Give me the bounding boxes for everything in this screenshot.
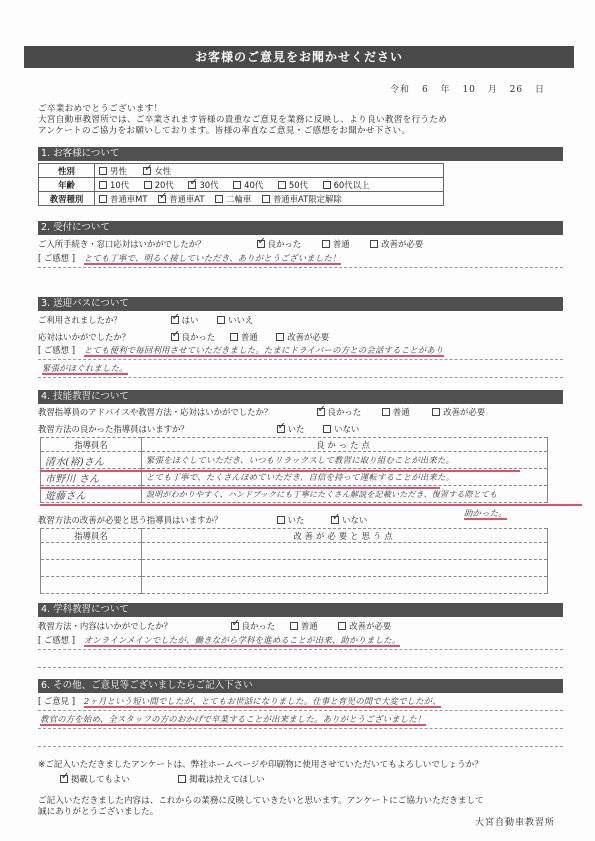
bad-instructor-question: 教習方法の改善が必要と思う指導員はいますか？ — [38, 514, 274, 526]
option-normal[interactable]: 普通 — [322, 238, 350, 250]
column-header-good-points: 良かった点 — [142, 438, 548, 452]
bus-comment-text: とても便利で毎回利用させていただきました。たまにドライバーの方との会話することが… — [84, 345, 444, 357]
instructor-name: 遊藤さん — [45, 491, 86, 502]
closing-text: ご記入いただきました内容は、これからの業務に反映していきたいと思います。アンケー… — [38, 796, 484, 818]
comment-label: [ ご感想 ] — [38, 635, 75, 645]
intro-line: 大宮自動車教習所では、ご卒業されます皆様の貴重なご意見を業務に反映し、より良い教… — [38, 115, 447, 126]
day-value[interactable]: 26 — [510, 85, 523, 95]
option-label: 改善が必要 — [381, 239, 423, 249]
instructor-advice-question: 教習指導員のアドバイスや教習方法・応対はいかがでしたか？ — [38, 406, 314, 418]
checkbox-icon[interactable] — [144, 181, 152, 189]
option-label: 40代 — [244, 180, 263, 190]
option-20s[interactable]: 20代 — [144, 179, 174, 191]
checkbox-checked-icon[interactable] — [158, 195, 166, 203]
bus-usage-row: ご利用されましたか？ はい いいえ — [38, 314, 267, 326]
age-options: 10代 20代 30代 40代 50代 60代以上 — [95, 178, 444, 192]
checkbox-checked-icon[interactable] — [317, 408, 325, 416]
option-label: 普通 — [301, 621, 318, 631]
classroom-question-row: 教習方法・内容はいかがでしたか？ 良かった 普通 改善が必要 — [38, 620, 405, 632]
comment-label: [ ご感想 ] — [38, 345, 75, 355]
option-label: 50代 — [289, 180, 308, 190]
option-label: 20代 — [155, 180, 174, 190]
option-label: いない — [334, 424, 359, 434]
comment-label: [ ご意見 ] — [38, 696, 75, 706]
checkbox-checked-icon[interactable] — [171, 333, 179, 341]
option-good[interactable]: 良かった — [231, 620, 276, 632]
option-needs-improvement[interactable]: 改善が必要 — [432, 406, 485, 418]
checkbox-icon[interactable] — [290, 622, 298, 630]
intro-text: ご卒業おめでとうございます！ 大宮自動車教習所では、ご卒業されます皆様の貴重なご… — [38, 104, 447, 137]
year-label: 年 — [441, 85, 451, 95]
option-label: 普通 — [241, 332, 258, 342]
course-type-label: 教習種別 — [39, 192, 95, 206]
intro-line: アンケートのご協力をお願いしております。皆様の率直なご意見・ご感想をお聞かせ下さ… — [38, 126, 447, 137]
checkbox-icon[interactable] — [278, 181, 286, 189]
option-standard-at[interactable]: 普通車AT — [158, 193, 204, 205]
checkbox-checked-icon[interactable] — [257, 240, 265, 248]
bus-comment-text: 緊張がほぐれました。 — [42, 363, 128, 375]
closing-line: 誠にありがとうございました。 — [38, 807, 484, 818]
section-header-practical-training: 4. 技能教習について — [38, 390, 563, 404]
option-good[interactable]: 良かった — [257, 238, 302, 250]
closing-line: ご記入いただきました内容は、これからの業務に反映していきたいと思います。アンケー… — [38, 796, 484, 807]
handwritten-underline — [40, 487, 440, 489]
option-label: いた — [288, 424, 305, 434]
column-header-instructor: 指導員名 — [41, 438, 142, 452]
checkbox-checked-icon[interactable] — [231, 622, 239, 630]
table-header-row: 指導員名 良かった点 — [41, 438, 548, 452]
table-row — [41, 577, 548, 594]
reception-comment-field[interactable]: [ ご感想 ] とても丁寧で、明るく接していただき、ありがとうございました！ — [38, 252, 563, 268]
section-header-customer: 1. お客様について — [38, 147, 563, 161]
bus-usage-question: ご利用されましたか？ — [38, 314, 168, 326]
month-label: 月 — [488, 85, 498, 95]
option-label: 良かった — [242, 621, 276, 631]
option-label: 普通車MT — [110, 194, 147, 204]
bus-comment-field[interactable]: [ ご感想 ] とても便利で毎回利用させていただきました。たまにドライバーの方と… — [38, 344, 563, 360]
checkbox-icon[interactable] — [382, 408, 390, 416]
option-label: 普通車AT限定解除 — [273, 194, 342, 204]
option-yes[interactable]: いた — [277, 423, 305, 435]
other-comment-field-line3[interactable] — [38, 731, 563, 747]
option-needs-improvement[interactable]: 改善が必要 — [338, 620, 391, 632]
option-standard-mt[interactable]: 普通車MT — [99, 193, 147, 205]
option-label: はい — [182, 315, 199, 325]
option-no[interactable]: いない — [323, 423, 359, 435]
column-header-instructor: 指導員名 — [41, 529, 142, 543]
good-instructor-row: 教習方法の良かった指導員はいますか？ いた いない — [38, 423, 373, 435]
good-point-text: とても丁寧で、たくさんほめていただき、自信を持って運転することが出来た。 — [146, 472, 454, 482]
option-normal[interactable]: 普通 — [382, 406, 410, 418]
improvement-point-cell[interactable] — [142, 560, 548, 577]
instructor-advice-row: 教習指導員のアドバイスや教習方法・応対はいかがでしたか？ 良かった 普通 改善が… — [38, 406, 499, 418]
survey-date: 令和 6 年 10 月 26 日 — [390, 82, 545, 95]
checkbox-icon[interactable] — [322, 240, 330, 248]
improvement-instructor-table: 指導員名 改善が必要と思う点 — [40, 528, 548, 594]
course-type-row: 教習種別 普通車MT 普通車AT 二輪車 普通車AT限定解除 — [39, 192, 444, 206]
checkbox-icon[interactable] — [215, 195, 223, 203]
bus-service-question: 応対はいかがでしたか？ — [38, 331, 168, 343]
option-label: 良かった — [328, 407, 362, 417]
column-header-improvement-points: 改善が必要と思う点 — [142, 529, 548, 543]
option-normal[interactable]: 普通 — [290, 620, 318, 632]
option-needs-improvement[interactable]: 改善が必要 — [370, 238, 423, 250]
checkbox-checked-icon[interactable] — [277, 425, 285, 433]
gender-label: 性別 — [39, 164, 95, 178]
option-label: 女性 — [154, 166, 171, 176]
option-female[interactable]: 女性 — [143, 165, 171, 177]
classroom-question: 教習方法・内容はいかがでしたか？ — [38, 620, 228, 632]
option-30s[interactable]: 30代 — [188, 179, 218, 191]
other-comment-text: 教官の方を始め、全スタッフの方のおかげで卒業することが出来ました。ありがとうござ… — [40, 714, 426, 726]
gender-options: 男性 女性 — [95, 164, 444, 178]
classroom-comment-text: オンラインメインでしたが、働きながら学科を進めることが出来、助かりました。 — [84, 635, 401, 647]
handwritten-underline — [40, 470, 520, 472]
option-50s[interactable]: 50代 — [278, 179, 308, 191]
good-point-text: 緊張をほぐしていただき、いつもリラックスして教習に取り組むことが出来た。 — [146, 455, 454, 465]
option-label: 二輪車 — [226, 194, 251, 204]
option-good[interactable]: 良かった — [317, 406, 362, 418]
other-comment-field[interactable]: [ ご意見 ] 2ヶ月という短い間でしたが、とてもお世話になりました。仕事と育児… — [38, 695, 563, 711]
option-label: 良かった — [268, 239, 302, 249]
era-label: 令和 — [390, 85, 410, 95]
classroom-comment-field-line2[interactable] — [38, 652, 563, 668]
checkbox-icon[interactable] — [233, 181, 241, 189]
reception-question: ご入所手続き・窓口応対はいかがでしたか？ — [38, 238, 254, 250]
school-signature: 大宮自動車教習所 — [475, 815, 555, 828]
option-label: 男性 — [110, 166, 127, 176]
checkbox-icon[interactable] — [323, 425, 331, 433]
consent-question: ※ご記入いただきましたアンケートは、弊社ホームページや印刷物に使用させていただい… — [38, 760, 483, 771]
option-10s[interactable]: 10代 — [99, 179, 129, 191]
section-header-shuttle-bus: 3. 送迎バスについて — [38, 297, 563, 311]
survey-title: お客様のご意見をお聞かせください — [24, 46, 574, 68]
table-row — [41, 543, 548, 560]
option-label: 30代 — [199, 180, 218, 190]
other-comment-text: 2ヶ月という短い間でしたが、とてもお世話になりました。仕事と育児の間で大変でした… — [84, 696, 441, 708]
comment-label: [ ご感想 ] — [38, 253, 75, 263]
classroom-comment-field[interactable]: [ ご感想 ] オンラインメインでしたが、働きながら学科を進めることが出来、助か… — [38, 634, 563, 650]
option-label: 掲載は控えてほしい — [189, 774, 264, 784]
section-header-reception: 2. 受付について — [38, 221, 563, 235]
year-value[interactable]: 6 — [422, 85, 429, 95]
checkbox-checked-icon[interactable] — [331, 516, 339, 524]
checkbox-checked-icon[interactable] — [188, 181, 196, 189]
option-label: いいえ — [228, 315, 253, 325]
customer-info-table: 性別 男性 女性 年齢 10代 20代 30代 40代 50代 60代以上 教習… — [38, 163, 444, 206]
checkbox-icon[interactable] — [99, 181, 107, 189]
option-good[interactable]: 良かった — [171, 331, 216, 343]
reception-question-row: ご入所手続き・窓口応対はいかがでしたか？ 良かった 普通 改善が必要 — [38, 238, 437, 250]
option-at-limit-release[interactable]: 普通車AT限定解除 — [262, 193, 342, 205]
option-decline-publish[interactable]: 掲載は控えてほしい — [178, 773, 264, 785]
table-row: 清水(裕)さん 緊張をほぐしていただき、いつもリラックスして教習に取り組むことが… — [41, 452, 548, 469]
checkbox-icon[interactable] — [217, 316, 225, 324]
option-label: 改善が必要 — [349, 621, 391, 631]
checkbox-icon[interactable] — [276, 333, 284, 341]
option-label: 普通 — [333, 239, 350, 249]
overflow-text: 助かった。 — [464, 508, 507, 520]
improvement-point-cell[interactable] — [142, 577, 548, 594]
option-label: 掲載してもよい — [71, 774, 130, 784]
checkbox-checked-icon[interactable] — [143, 167, 151, 175]
checkbox-icon[interactable] — [370, 240, 378, 248]
option-label: 改善が必要 — [287, 332, 329, 342]
instructor-name-cell[interactable]: 清水(裕)さん — [41, 452, 142, 469]
good-point-overflow: 助かった。 — [464, 507, 507, 519]
good-instructor-question: 教習方法の良かった指導員はいますか？ — [38, 423, 274, 435]
checkbox-icon[interactable] — [262, 195, 270, 203]
option-label: 普通車AT — [169, 194, 204, 204]
checkbox-icon[interactable] — [99, 195, 107, 203]
good-point-cell[interactable]: 緊張をほぐしていただき、いつもリラックスして教習に取り組むことが出来た。 — [142, 452, 548, 469]
course-type-options: 普通車MT 普通車AT 二輪車 普通車AT限定解除 — [95, 192, 444, 206]
instructor-name: 市野川 さん — [45, 474, 99, 485]
option-label: 60代以上 — [334, 180, 370, 190]
option-allow-publish[interactable]: 掲載してもよい — [60, 773, 130, 785]
gender-row: 性別 男性 女性 — [39, 164, 444, 178]
option-yes[interactable]: いた — [277, 514, 305, 526]
option-label: いた — [288, 515, 305, 525]
good-point-text: 説明がわかりやすく、ハンドブックにも丁寧にたくさん解説を記載いただき、復習する際… — [146, 490, 497, 499]
option-motorcycle[interactable]: 二輪車 — [215, 193, 251, 205]
option-male[interactable]: 男性 — [99, 165, 127, 177]
option-no[interactable]: いない — [331, 514, 367, 526]
age-label: 年齢 — [39, 178, 95, 192]
month-value[interactable]: 10 — [462, 85, 475, 95]
reception-comment-text: とても丁寧で、明るく接していただき、ありがとうございました！ — [84, 253, 341, 265]
checkbox-icon[interactable] — [338, 622, 346, 630]
bad-instructor-row: 教習方法の改善が必要と思う指導員はいますか？ いた いない — [38, 514, 381, 526]
day-label: 日 — [535, 85, 545, 95]
section-header-classroom-training: 4. 学科教習について — [38, 603, 563, 617]
improvement-point-cell[interactable] — [142, 543, 548, 560]
checkbox-checked-icon[interactable] — [171, 316, 179, 324]
instructor-name-cell[interactable] — [41, 560, 142, 577]
bus-comment-field-line2[interactable]: 緊張がほぐれました。 — [38, 362, 563, 378]
table-header-row: 指導員名 改善が必要と思う点 — [41, 529, 548, 543]
option-label: 良かった — [182, 332, 216, 342]
section-header-other-comments: 6. その他、ご意見等ございましたらご記入下さい — [38, 679, 563, 693]
intro-line: ご卒業おめでとうございます！ — [38, 104, 447, 115]
option-label: 普通 — [393, 407, 410, 417]
bus-service-row: 応対はいかがでしたか？ 良かった 普通 改善が必要 — [38, 331, 343, 343]
checkbox-icon[interactable] — [230, 333, 238, 341]
instructor-name-cell[interactable] — [41, 577, 142, 594]
checkbox-icon[interactable] — [323, 181, 331, 189]
instructor-name-cell[interactable] — [41, 543, 142, 560]
checkbox-checked-icon[interactable] — [60, 775, 68, 783]
option-no[interactable]: いいえ — [217, 314, 253, 326]
option-40s[interactable]: 40代 — [233, 179, 263, 191]
age-row: 年齢 10代 20代 30代 40代 50代 60代以上 — [39, 178, 444, 192]
option-label: 改善が必要 — [443, 407, 485, 417]
option-normal[interactable]: 普通 — [230, 331, 258, 343]
option-60s-plus[interactable]: 60代以上 — [323, 179, 370, 191]
consent-options-row: 掲載してもよい 掲載は控えてほしい — [60, 773, 279, 785]
handwritten-underline — [40, 504, 582, 506]
checkbox-icon[interactable] — [432, 408, 440, 416]
option-yes[interactable]: はい — [171, 314, 199, 326]
checkbox-icon[interactable] — [178, 775, 186, 783]
checkbox-icon[interactable] — [277, 516, 285, 524]
other-comment-field-line2[interactable]: 教官の方を始め、全スタッフの方のおかげで卒業することが出来ました。ありがとうござ… — [38, 713, 563, 729]
option-label: いない — [342, 515, 367, 525]
table-row — [41, 560, 548, 577]
instructor-name: 清水(裕)さん — [45, 457, 104, 468]
checkbox-icon[interactable] — [99, 167, 107, 175]
option-label: 10代 — [110, 180, 129, 190]
option-needs-improvement[interactable]: 改善が必要 — [276, 331, 329, 343]
